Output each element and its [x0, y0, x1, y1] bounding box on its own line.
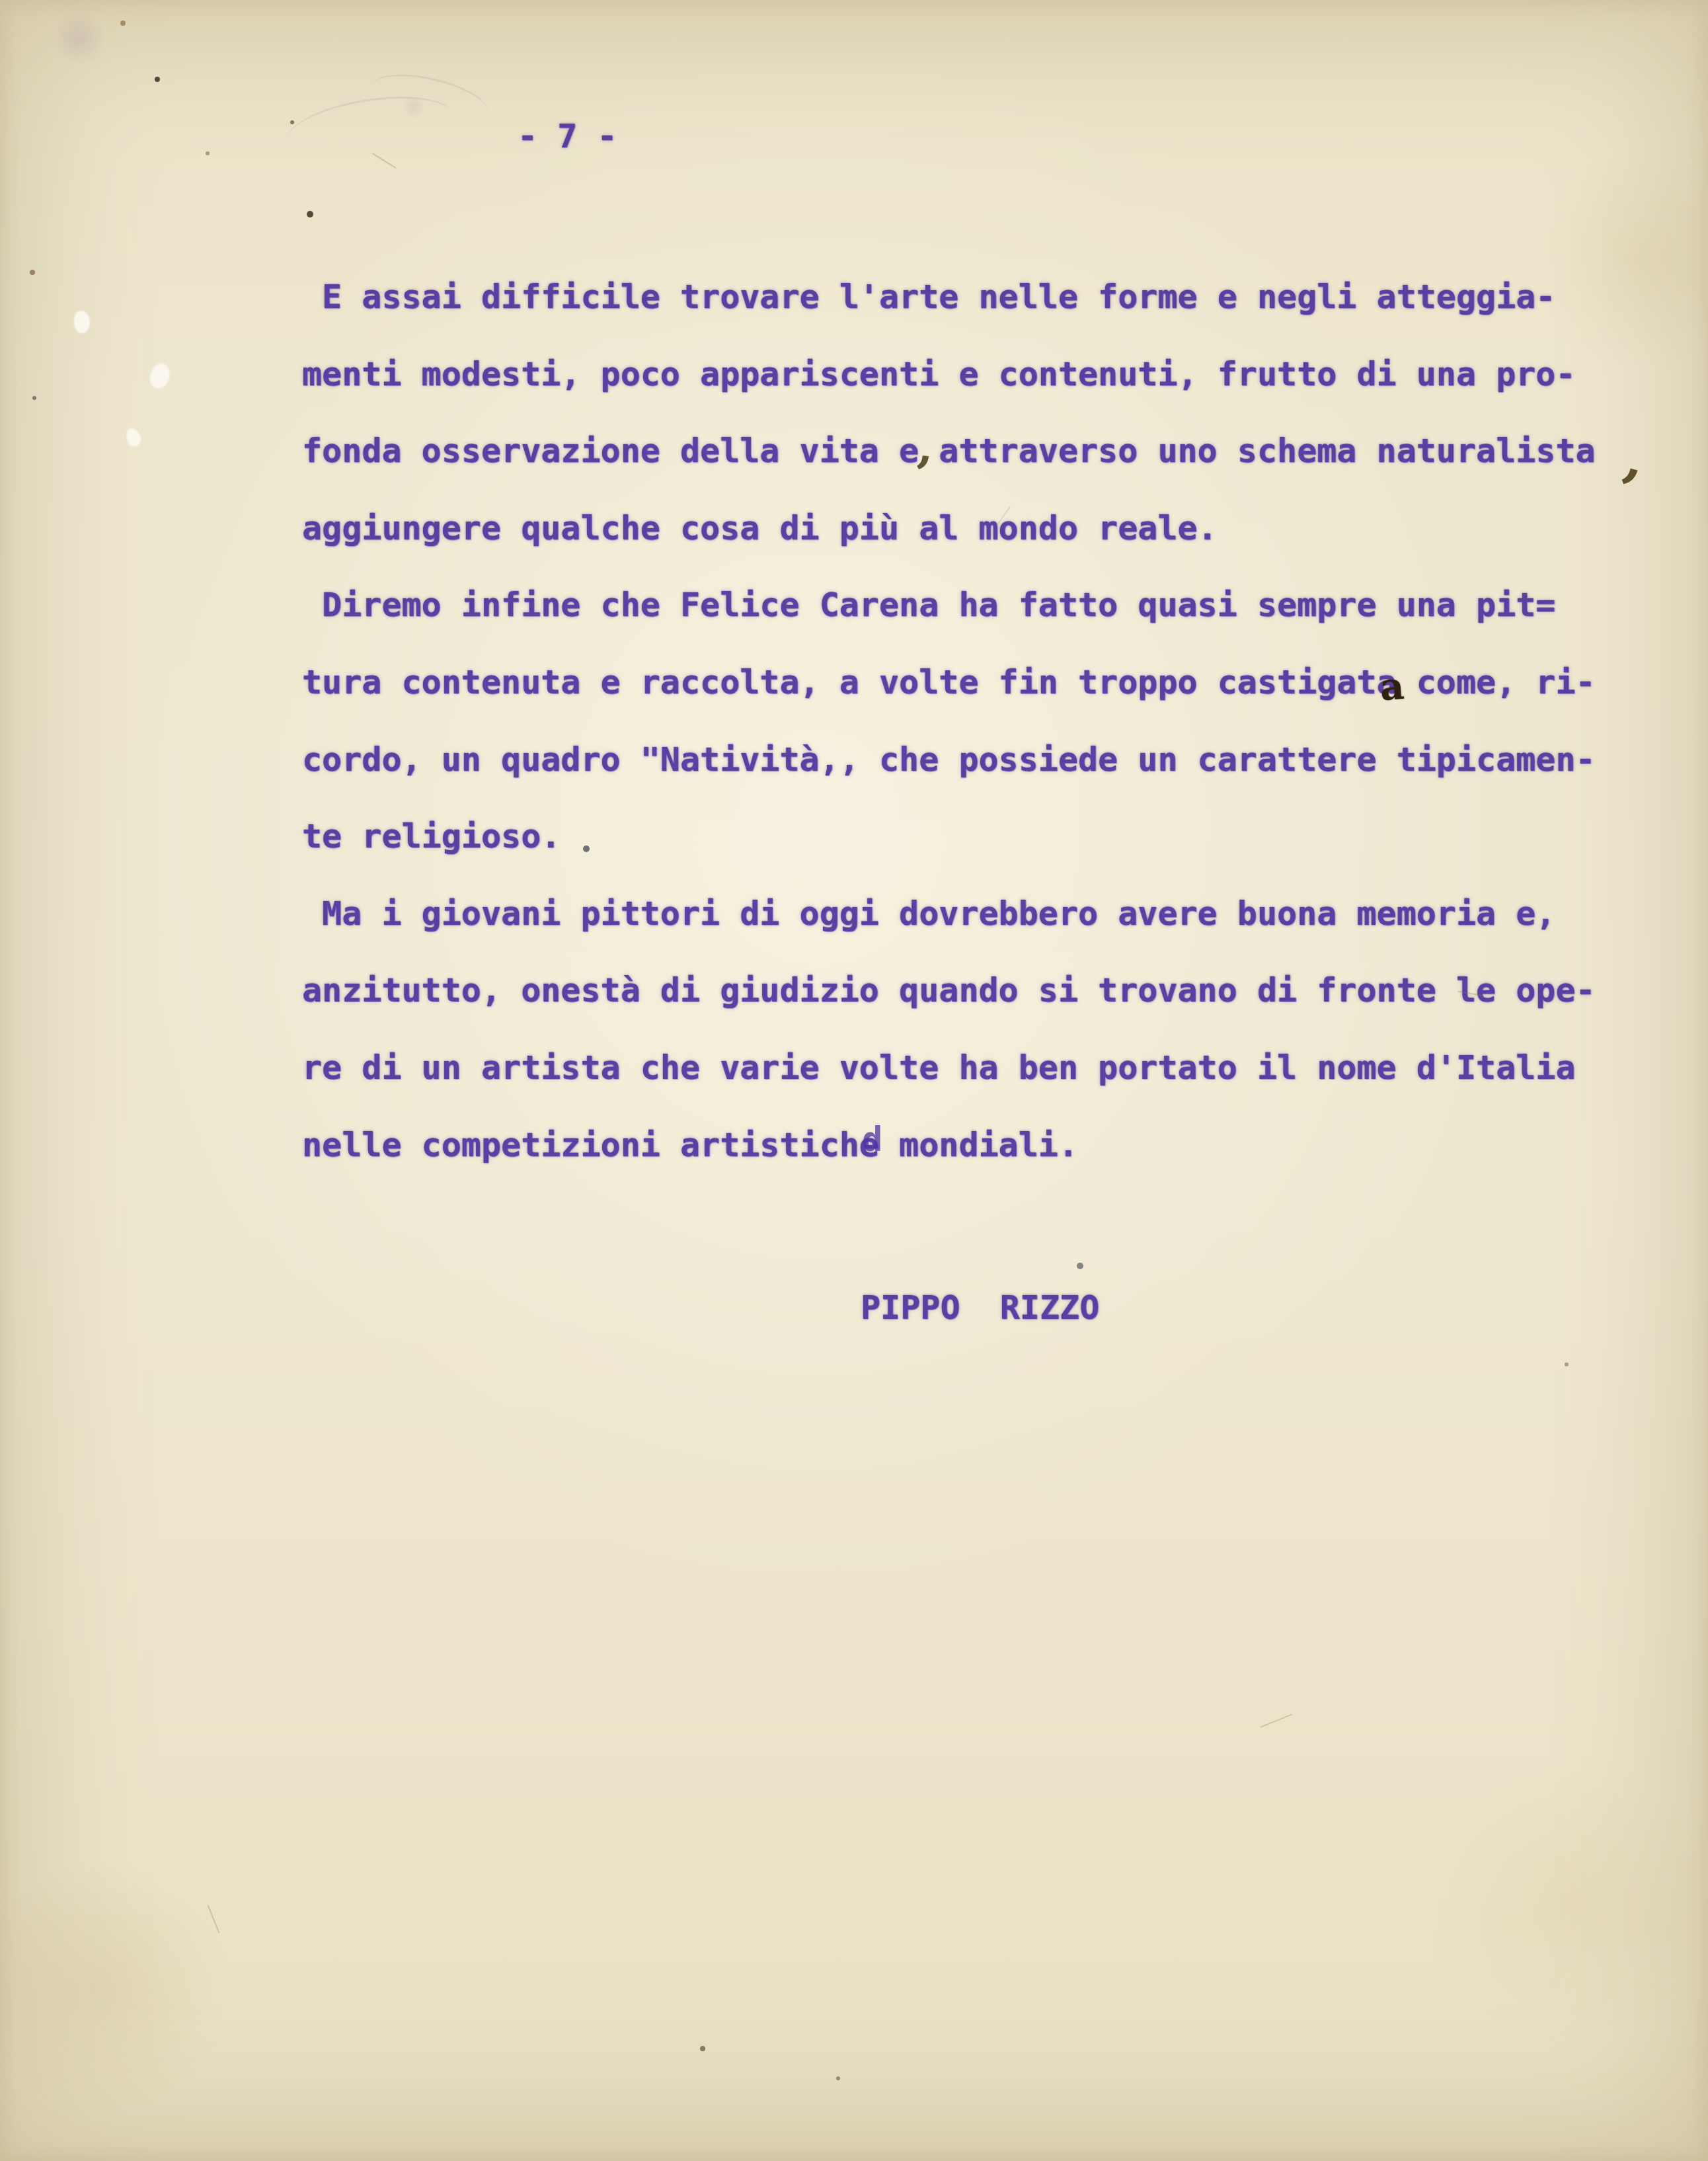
typed-line: nelle competizioni artistiche mondiali.	[302, 1107, 1596, 1184]
page-number: - 7 -	[518, 117, 617, 155]
paper-fiber	[207, 1905, 219, 1933]
typed-line: menti modesti, poco appariscenti e conte…	[302, 336, 1596, 413]
handwritten-correction-letter: a	[1379, 664, 1406, 709]
typed-line: fonda osservazione della vita e attraver…	[302, 413, 1596, 490]
typed-line: cordo, un quadro "Natività,, che possied…	[302, 721, 1596, 799]
author-signature: PIPPO RIZZO	[861, 1288, 1099, 1327]
typed-line: Ma i giovani pittori di oggi dovrebbero …	[302, 875, 1596, 953]
ink-specks	[0, 0, 3, 3]
paper-damage-patch	[125, 427, 143, 448]
handwritten-comma-line-end: ,	[1619, 427, 1654, 492]
typed-line: Diremo infine che Felice Carena ha fatto…	[302, 567, 1596, 644]
typed-line: te religioso.	[302, 798, 1596, 875]
typed-text-block: E assai difficile trovare l'arte nelle f…	[302, 258, 1596, 1183]
overtyped-letter: d	[862, 1120, 882, 1159]
typed-line: re di un artista che varie volte ha ben …	[302, 1029, 1596, 1107]
typewritten-page: - 7 - E assai difficile trovare l'arte n…	[0, 0, 1708, 2161]
paper-fiber	[1261, 1713, 1293, 1727]
typed-line: aggiungere qualche cosa di più al mondo …	[302, 490, 1596, 567]
paper-damage-patch	[74, 311, 90, 333]
paper-damage-patch	[147, 361, 173, 391]
typed-line: anzitutto, onestà di giudizio quando si …	[302, 952, 1596, 1029]
typed-line: E assai difficile trovare l'arte nelle f…	[302, 258, 1596, 336]
